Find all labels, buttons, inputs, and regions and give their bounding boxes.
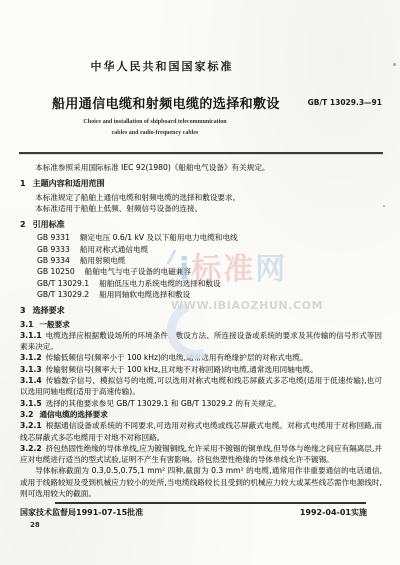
body-line-h1: 1主题内容和适用范围 [20,178,382,189]
english-subtitle-line: Choice and installation of shipboard tel… [0,117,310,128]
body-line-clause: 3.1.4传输数字信号、模拟信号的电缆,可以选用对称式电缆和线芯屏蔽式多芯电缆(… [20,375,382,398]
document-title: 船用通信电缆和射频电缆的选择和敷设 [52,93,280,112]
body-line-p: 本标准参照采用国际标准 IEC 92(1980)《船舶电气设备》有关规定。 [20,162,382,173]
implementation-note: 1992-04-01实施 [300,507,367,518]
body-line-h2: 3.1一般要求 [20,319,382,330]
body-line-h1: 2引用标准 [20,219,382,230]
body-line-clause: 3.1.1电缆选择应根据敷设场所的环境条件、敷设方法、所连接设备或系统的要求及其… [20,330,382,353]
reference-code: GB 9331 [37,233,70,242]
title-row: 船用通信电缆和射频电缆的选择和敷设 GB/T 13029.3—91 [52,93,382,112]
reference-code: GB 10250 [37,267,75,276]
body-line-clause: 3.1.2传输低频信号(频率小于 100 kHz)的电缆,通常选用有绝缘护层的对… [20,352,382,363]
header-divider [19,152,383,154]
body-line-clause: 3.2.2挤包热固性绝缘的导体单线,应为镀锡铜线,允许采用不镀锡的铜单线,但导体… [20,443,382,466]
clause-number: 3.2.1 [20,421,42,430]
scanned-standard-page: i标准网 WWW.IBIAOZHUN.COM 中华人民共和国国家标准 船用通信电… [0,0,400,565]
english-subtitle-line: cables and radio-frequency cables [0,128,310,139]
clause-number: 3.2 [20,410,33,419]
body-line-ref: GB/T 13029.1船舶低压电力系统电缆的选择和敷设 [20,278,382,289]
body-line-clause: 3.1.5选择的其他要求参见 GB/T 13029.1 和 GB/T 13029… [20,398,382,409]
clause-number: 3.1.1 [20,331,42,340]
page-number: 28 [30,521,40,529]
footer-divider [55,502,366,504]
national-standard-header: 中华人民共和国国家标准 [0,58,324,74]
clause-number: 3 [20,306,26,315]
clause-number: 3.1.2 [20,353,42,362]
clause-number: 1 [20,179,26,188]
body-line-ref: GB 9331额定电压 0.6/1 kV 及以下船用电力电缆和电线 [20,232,382,243]
body-line-ref: GB/T 13029.2船用同轴软电缆选择和敷设 [20,289,382,300]
clause-number: 3.1.4 [20,376,42,385]
clause-number: 2 [20,220,26,229]
body-line-p: 导体标称截面为 0.3,0.5,0.75,1 mm² 四种,截面为 0.3 mm… [20,465,382,499]
footer-row: 国家技术监督局1991-07-15批准 1992-04-01实施 [20,507,367,518]
body-line-ref: GB 9333船用对称式通信电缆 [20,244,382,255]
body-line-h2: 3.2通信电缆的选择要求 [20,409,382,420]
reference-code: GB/T 13029.2 [37,290,89,299]
body-line-p: 本标准适用于船舶上低频、射频信号设备的连接。 [20,203,382,214]
approval-note: 国家技术监督局1991-07-15批准 [20,507,143,518]
scan-speck [383,205,385,207]
body-line-ref: GB 9334船用射频电缆 [20,255,382,266]
standard-number: GB/T 13029.3—91 [308,93,382,107]
reference-code: GB 9334 [37,256,70,265]
body-line-h1: 3选择要求 [20,305,382,316]
body-line-clause: 3.1.3传输射频信号(频率大于 100 kHz,且对地不对称回路)的电缆,通常… [20,364,382,375]
english-subtitle: Choice and installation of shipboard tel… [0,117,310,139]
reference-code: GB 9333 [37,245,70,254]
body-line-ref: GB 10250船舶电气与电子设备的电磁兼容 [20,266,382,277]
clause-number: 3.1 [20,320,33,329]
document-body: 本标准参照采用国际标准 IEC 92(1980)《船舶电气设备》有关规定。1主题… [20,162,382,499]
body-line-clause: 3.2.1根据通信设备或系统的不同要求,可选用对称式电缆或线芯屏蔽式电缆。对称式… [20,420,382,443]
scan-speck [393,63,396,66]
clause-number: 3.1.3 [20,365,42,374]
clause-number: 3.2.2 [20,444,42,453]
clause-number: 3.1.5 [20,399,42,408]
body-line-p: 本标准规定了船舶上通信电缆和射频电缆的选择和敷设要求。 [20,192,382,203]
reference-code: GB/T 13029.1 [37,279,89,288]
